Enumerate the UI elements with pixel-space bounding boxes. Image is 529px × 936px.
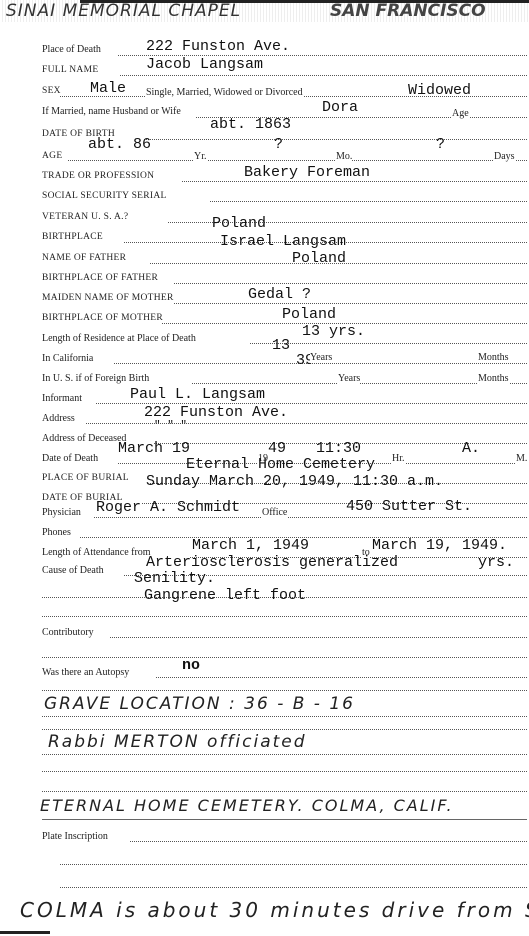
- trade-label: TRADE OR PROFESSION: [42, 171, 154, 181]
- ssn-line: [210, 201, 527, 202]
- place-of-burial-label: PLACE OF BURIAL: [42, 473, 129, 483]
- father-birthplace-value: Poland: [292, 250, 346, 267]
- contributory-label: Contributory: [42, 627, 94, 638]
- address-deceased-label: Address of Deceased: [42, 433, 126, 444]
- autopsy-line: [156, 677, 527, 678]
- cause-of-death-value-2: Senility.: [134, 570, 215, 587]
- plate-inscription-line-2: [60, 864, 527, 865]
- in-california-label: In California: [42, 353, 93, 364]
- plate-inscription-line-1: [130, 841, 527, 842]
- cause-of-death-line-3: [42, 616, 527, 617]
- father-name-label: NAME OF FATHER: [42, 253, 126, 263]
- age-days-value: ?: [436, 136, 445, 153]
- marital-status-label: Single, Married, Widowed or Divorced: [146, 87, 303, 98]
- mother-maiden-value: Gedal ?: [248, 286, 311, 303]
- place-of-burial-value: Eternal Home Cemetery: [186, 456, 375, 473]
- in-california-line: [114, 363, 527, 364]
- full-name-label: FULL NAME: [42, 65, 98, 75]
- marital-status-value: Widowed: [408, 82, 471, 99]
- rabbi-note: Rabbi MERTON officiated: [48, 732, 307, 752]
- residence-length-label: Length of Residence at Place of Death: [42, 333, 196, 344]
- date-of-death-label: Date of Death: [42, 453, 98, 464]
- blank-line-6: [42, 791, 527, 792]
- address-value: 222 Funston Ave.: [144, 404, 288, 421]
- age-years-value: abt. 86: [88, 136, 151, 153]
- death-hr-label: Hr.: [392, 453, 405, 464]
- cause-of-death-value-3: Gangrene left foot: [144, 587, 306, 604]
- attendance-from-label: Length of Attendance from: [42, 547, 151, 558]
- full-name-value: Jacob Langsam: [146, 56, 263, 73]
- date-of-birth-line: [144, 139, 527, 140]
- blank-line-4: [42, 754, 527, 755]
- blank-line-3: [42, 729, 527, 730]
- age-days-label: Days: [494, 151, 515, 162]
- father-birthplace-line: [174, 283, 527, 284]
- chapel-city: SAN FRANCISCO: [330, 1, 486, 21]
- physician-label: Physician: [42, 507, 81, 518]
- father-birthplace-label: BIRTHPLACE OF FATHER: [42, 273, 158, 283]
- mother-maiden-label: MAIDEN NAME OF MOTHER: [42, 293, 174, 303]
- sex-label: SEX: [42, 86, 61, 96]
- physician-value: Roger A. Schmidt: [96, 499, 240, 516]
- full-name-line: [120, 75, 527, 76]
- informant-value: Paul L. Langsam: [130, 386, 265, 403]
- date-of-birth-value: abt. 1863: [210, 116, 291, 133]
- cause-yrs-value: yrs.: [478, 554, 514, 571]
- age-yr-label: Yr.: [194, 151, 207, 162]
- death-year-value: 49: [268, 440, 286, 457]
- spouse-label: If Married, name Husband or Wife: [42, 106, 181, 117]
- in-california-value-a: 13: [272, 337, 290, 354]
- autopsy-label: Was there an Autopsy: [42, 667, 129, 678]
- office-label: Office: [262, 507, 287, 518]
- grave-location-note: GRAVE LOCATION : 36 - B - 16: [44, 694, 355, 714]
- plate-inscription-label: Plate Inscription: [42, 831, 108, 842]
- age-label: AGE: [42, 151, 62, 161]
- death-m-label: M.: [516, 453, 527, 464]
- address-label: Address: [42, 413, 75, 424]
- in-us-months-label: Months: [478, 373, 509, 384]
- phones-label: Phones: [42, 527, 71, 538]
- informant-label: Informant: [42, 393, 82, 404]
- physician-line: [94, 517, 527, 518]
- blank-line-1: [42, 690, 527, 691]
- office-value: 450 Sutter St.: [346, 498, 472, 515]
- in-california-months-label: Months: [478, 352, 509, 363]
- contributory-line-1: [110, 637, 527, 638]
- age-mo-label: Mo.: [336, 151, 352, 162]
- veteran-label: VETERAN U. S. A.?: [42, 212, 128, 222]
- trade-line: [182, 181, 527, 182]
- contributory-line-2: [42, 657, 527, 658]
- letterhead: SINAI MEMORIAL CHAPEL SAN FRANCISCO: [0, 0, 529, 22]
- autopsy-value: no: [182, 657, 200, 674]
- place-of-death-value: 222 Funston Ave.: [146, 38, 290, 55]
- address-deceased-ditto: " " ": [154, 420, 187, 432]
- in-california-years-label: Years: [310, 352, 332, 363]
- mother-birthplace-label: BIRTHPLACE OF MOTHER: [42, 313, 163, 323]
- cause-of-death-label: Cause of Death: [42, 565, 104, 576]
- attendance-from-value: March 1, 1949: [192, 537, 309, 554]
- trade-value: Bakery Foreman: [244, 164, 370, 181]
- spouse-age-label: Age: [452, 108, 469, 119]
- date-of-death-value: March 19: [118, 440, 190, 457]
- residence-length-value: 13 yrs.: [302, 323, 365, 340]
- blank-line-7: [42, 819, 527, 820]
- cause-of-death-value-1: Arteriosclerosis generalized: [146, 554, 398, 571]
- age-months-value: ?: [274, 136, 283, 153]
- place-of-death-label: Place of Death: [42, 44, 101, 55]
- date-of-burial-value: Sunday March 20, 1949, 11:30 a.m.: [146, 473, 443, 490]
- attendance-to-value: March 19, 1949.: [372, 537, 507, 554]
- father-name-value: Israel Langsam: [220, 233, 346, 250]
- sex-value: Male: [90, 80, 126, 97]
- age-line: [68, 160, 527, 161]
- plate-inscription-line-3: [60, 887, 527, 888]
- in-us-years-label: Years: [338, 373, 360, 384]
- scan-edge: [0, 931, 50, 934]
- mother-maiden-line: [174, 303, 527, 304]
- blank-line-2: [42, 716, 527, 717]
- residence-length-line: [250, 343, 527, 344]
- in-us-label: In U. S. if of Foreign Birth: [42, 373, 149, 384]
- cemetery-note: ETERNAL HOME CEMETERY. COLMA, CALIF.: [40, 796, 454, 815]
- ssn-label: SOCIAL SECURITY SERIAL: [42, 191, 167, 201]
- mother-birthplace-value: Poland: [282, 306, 336, 323]
- blank-line-5: [42, 771, 527, 772]
- chapel-name: SINAI MEMORIAL CHAPEL: [6, 1, 241, 21]
- spouse-value: Dora: [322, 99, 358, 116]
- death-ampm-value: A.: [462, 440, 480, 457]
- colma-note: COLMA is about 30 minutes drive from SF: [20, 898, 529, 922]
- address-line: [86, 423, 527, 424]
- birthplace-label: BIRTHPLACE: [42, 232, 103, 242]
- birthplace-value: Poland: [212, 215, 266, 232]
- death-time-value: 11:30: [316, 440, 361, 457]
